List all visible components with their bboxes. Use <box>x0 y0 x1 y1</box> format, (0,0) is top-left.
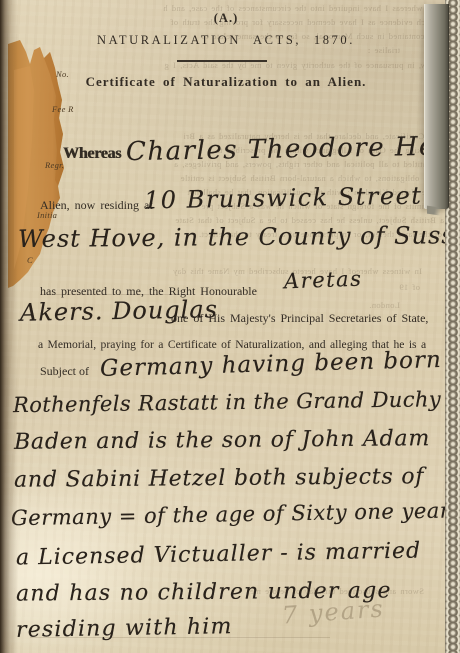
binding-strip <box>424 4 449 209</box>
gutter-shadow <box>0 0 460 653</box>
document-page: And whereas I have inquired into the cir… <box>0 0 460 653</box>
